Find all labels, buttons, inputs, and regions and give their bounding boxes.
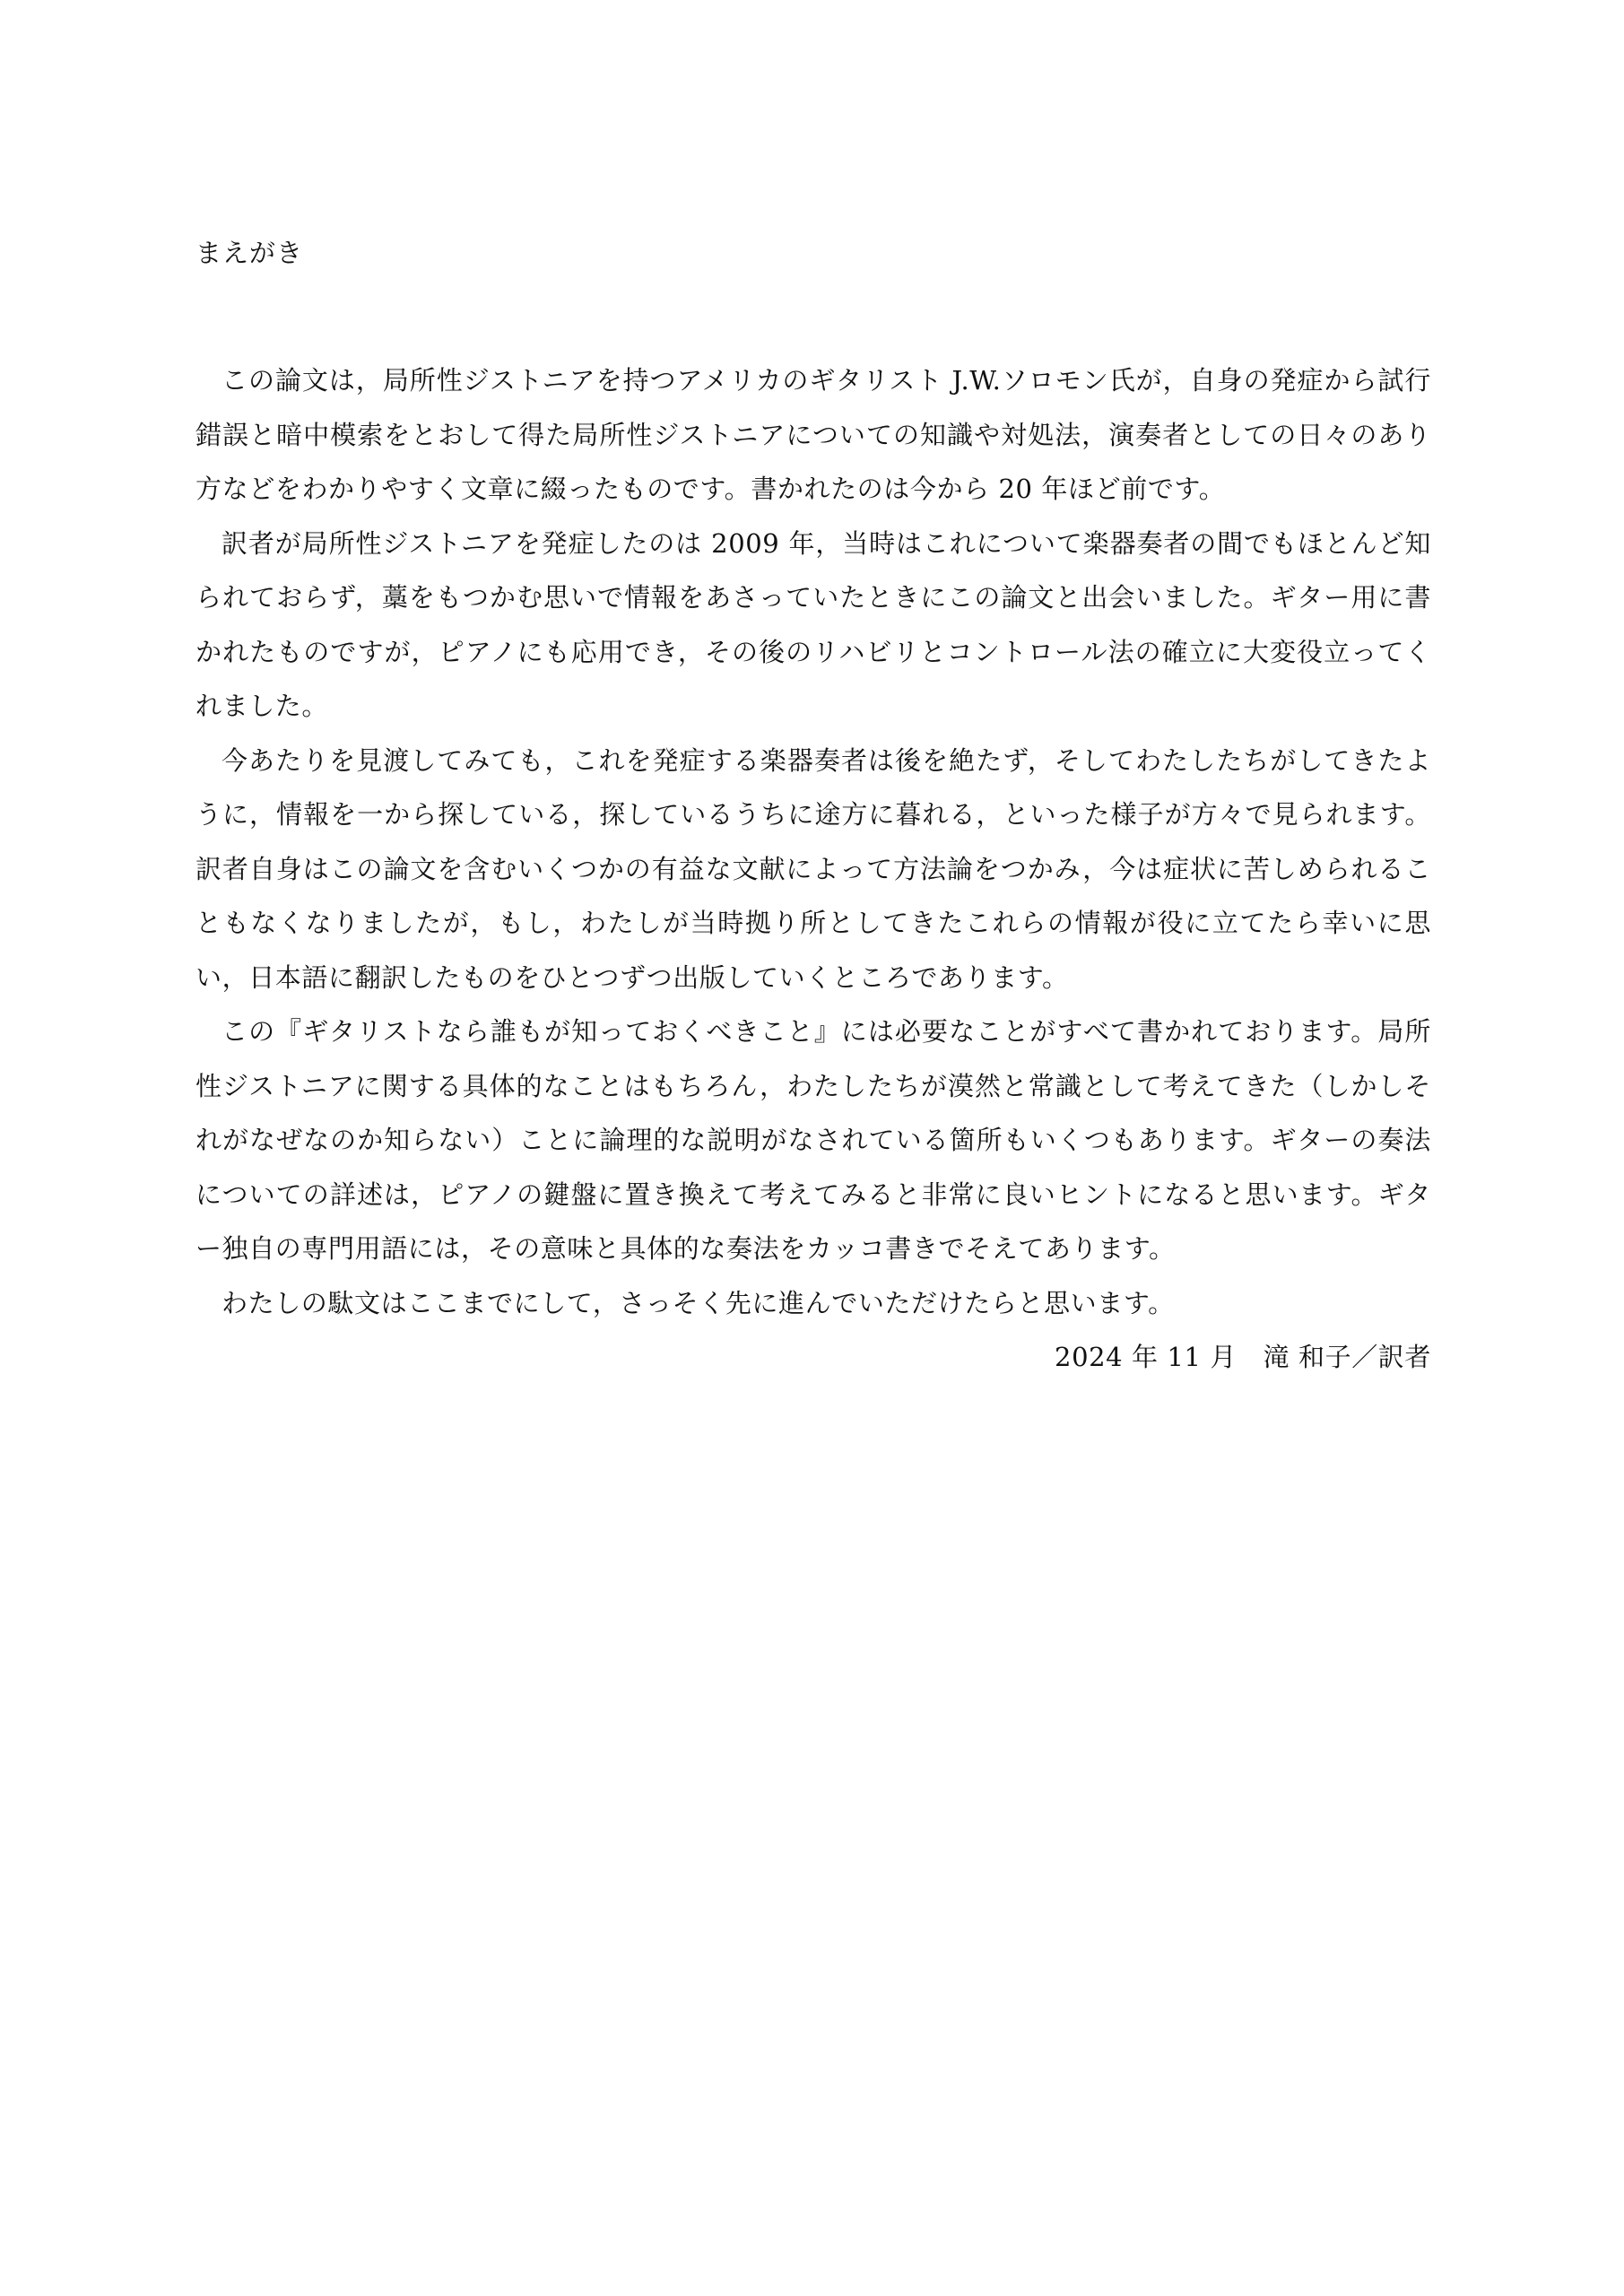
paragraph: わたしの駄文はここまでにして，さっそく先に進んでいただけたらと思います。 — [195, 1276, 1431, 1331]
preface-page: まえがき この論文は，局所性ジストニアを持つアメリカのギタリスト J.W.ソロモ… — [195, 235, 1431, 1385]
paragraph: 今あたりを見渡してみても，これを発症する楽器奏者は後を絶たず，そしてわたしたちが… — [195, 734, 1431, 1005]
paragraph: 訳者が局所性ジストニアを発症したのは 2009 年，当時はこれについて楽器奏者の… — [195, 517, 1431, 734]
signature-line: 2024 年 11 月 滝 和子／訳者 — [195, 1330, 1431, 1385]
paragraph: この論文は，局所性ジストニアを持つアメリカのギタリスト J.W.ソロモン氏が，自… — [195, 353, 1431, 517]
page-title: まえがき — [195, 235, 1431, 271]
preface-body: この論文は，局所性ジストニアを持つアメリカのギタリスト J.W.ソロモン氏が，自… — [195, 353, 1431, 1385]
paragraph: この『ギタリストなら誰もが知っておくべきこと』には必要なことがすべて書かれており… — [195, 1004, 1431, 1276]
